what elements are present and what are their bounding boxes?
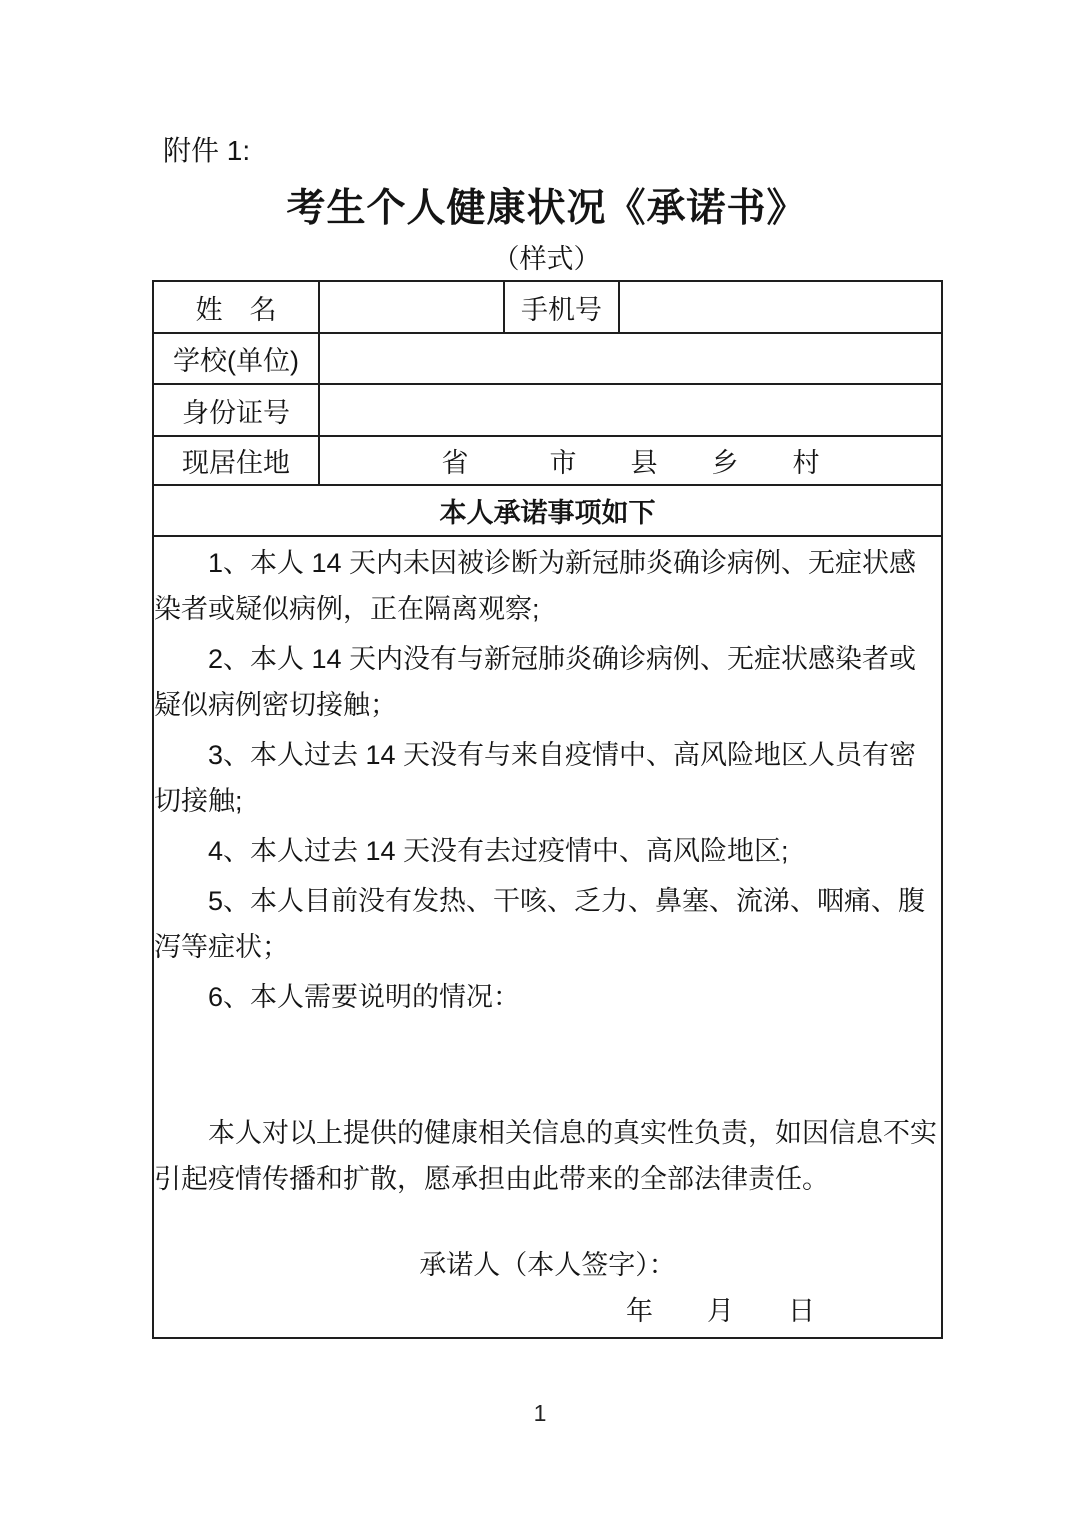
attachment-label: 附件 1: — [152, 132, 941, 170]
item6-blank-fill-area — [154, 1024, 941, 1110]
table-row-commitment-body: 1、本人 14 天内未因被诊断为新冠肺炎确诊病例、无症状感染者或疑似病例，正在隔… — [153, 536, 942, 1338]
commitment-item-5: 5、本人目前没有发热、干咳、乏力、鼻塞、流涕、咽痛、腹泻等症状； — [154, 878, 941, 970]
table-row-residence: 现居住地 省 市 县 乡 村 — [153, 436, 942, 485]
school-value-cell — [319, 333, 942, 384]
commitment-item-6: 6、本人需要说明的情况： — [154, 974, 941, 1020]
commitment-item-2: 2、本人 14 天内没有与新冠肺炎确诊病例、无症状感染者或疑似病例密切接触； — [154, 636, 941, 728]
declaration-paragraph: 本人对以上提供的健康相关信息的真实性负责，如因信息不实引起疫情传播和扩散，愿承担… — [154, 1110, 941, 1202]
residence-label-cell: 现居住地 — [153, 436, 319, 485]
table-row-name-phone: 姓 名 手机号 — [153, 281, 942, 333]
signature-label: 承诺人（本人签字）： — [154, 1242, 941, 1288]
health-commitment-form-table: 姓 名 手机号 学校(单位) 身份证号 现居住地 省 市 县 乡 村 本人承诺事… — [152, 280, 943, 1339]
table-row-id-number: 身份证号 — [153, 384, 942, 436]
table-row-school: 学校(单位) — [153, 333, 942, 384]
document-page: 附件 1: 考生个人健康状况《承诺书》 （样式） 姓 名 手机号 学校(单位) — [0, 0, 1080, 1516]
commitment-item-1: 1、本人 14 天内未因被诊断为新冠肺炎确诊病例、无症状感染者或疑似病例，正在隔… — [154, 540, 941, 632]
date-line: 年 月 日 — [154, 1288, 941, 1334]
school-label-cell: 学校(单位) — [153, 333, 319, 384]
commitment-header-cell: 本人承诺事项如下 — [153, 485, 942, 536]
name-value-cell — [319, 281, 504, 333]
phone-value-cell — [619, 281, 942, 333]
page-subtitle: （样式） — [152, 242, 941, 276]
signature-spacer — [154, 1206, 941, 1242]
phone-label-cell: 手机号 — [504, 281, 619, 333]
table-row-commitment-header: 本人承诺事项如下 — [153, 485, 942, 536]
commitment-item-3: 3、本人过去 14 天没有与来自疫情中、高风险地区人员有密切接触; — [154, 732, 941, 824]
document-content: 附件 1: 考生个人健康状况《承诺书》 （样式） 姓 名 手机号 学校(单位) — [152, 132, 941, 1339]
page-number: 1 — [0, 1400, 1080, 1427]
id-number-label-cell: 身份证号 — [153, 384, 319, 436]
residence-value-cell: 省 市 县 乡 村 — [319, 436, 942, 485]
id-number-value-cell — [319, 384, 942, 436]
name-label-cell: 姓 名 — [153, 281, 319, 333]
commitment-body-cell: 1、本人 14 天内未因被诊断为新冠肺炎确诊病例、无症状感染者或疑似病例，正在隔… — [153, 536, 942, 1338]
commitment-item-4: 4、本人过去 14 天没有去过疫情中、高风险地区; — [154, 828, 941, 874]
page-title: 考生个人健康状况《承诺书》 — [152, 184, 941, 234]
